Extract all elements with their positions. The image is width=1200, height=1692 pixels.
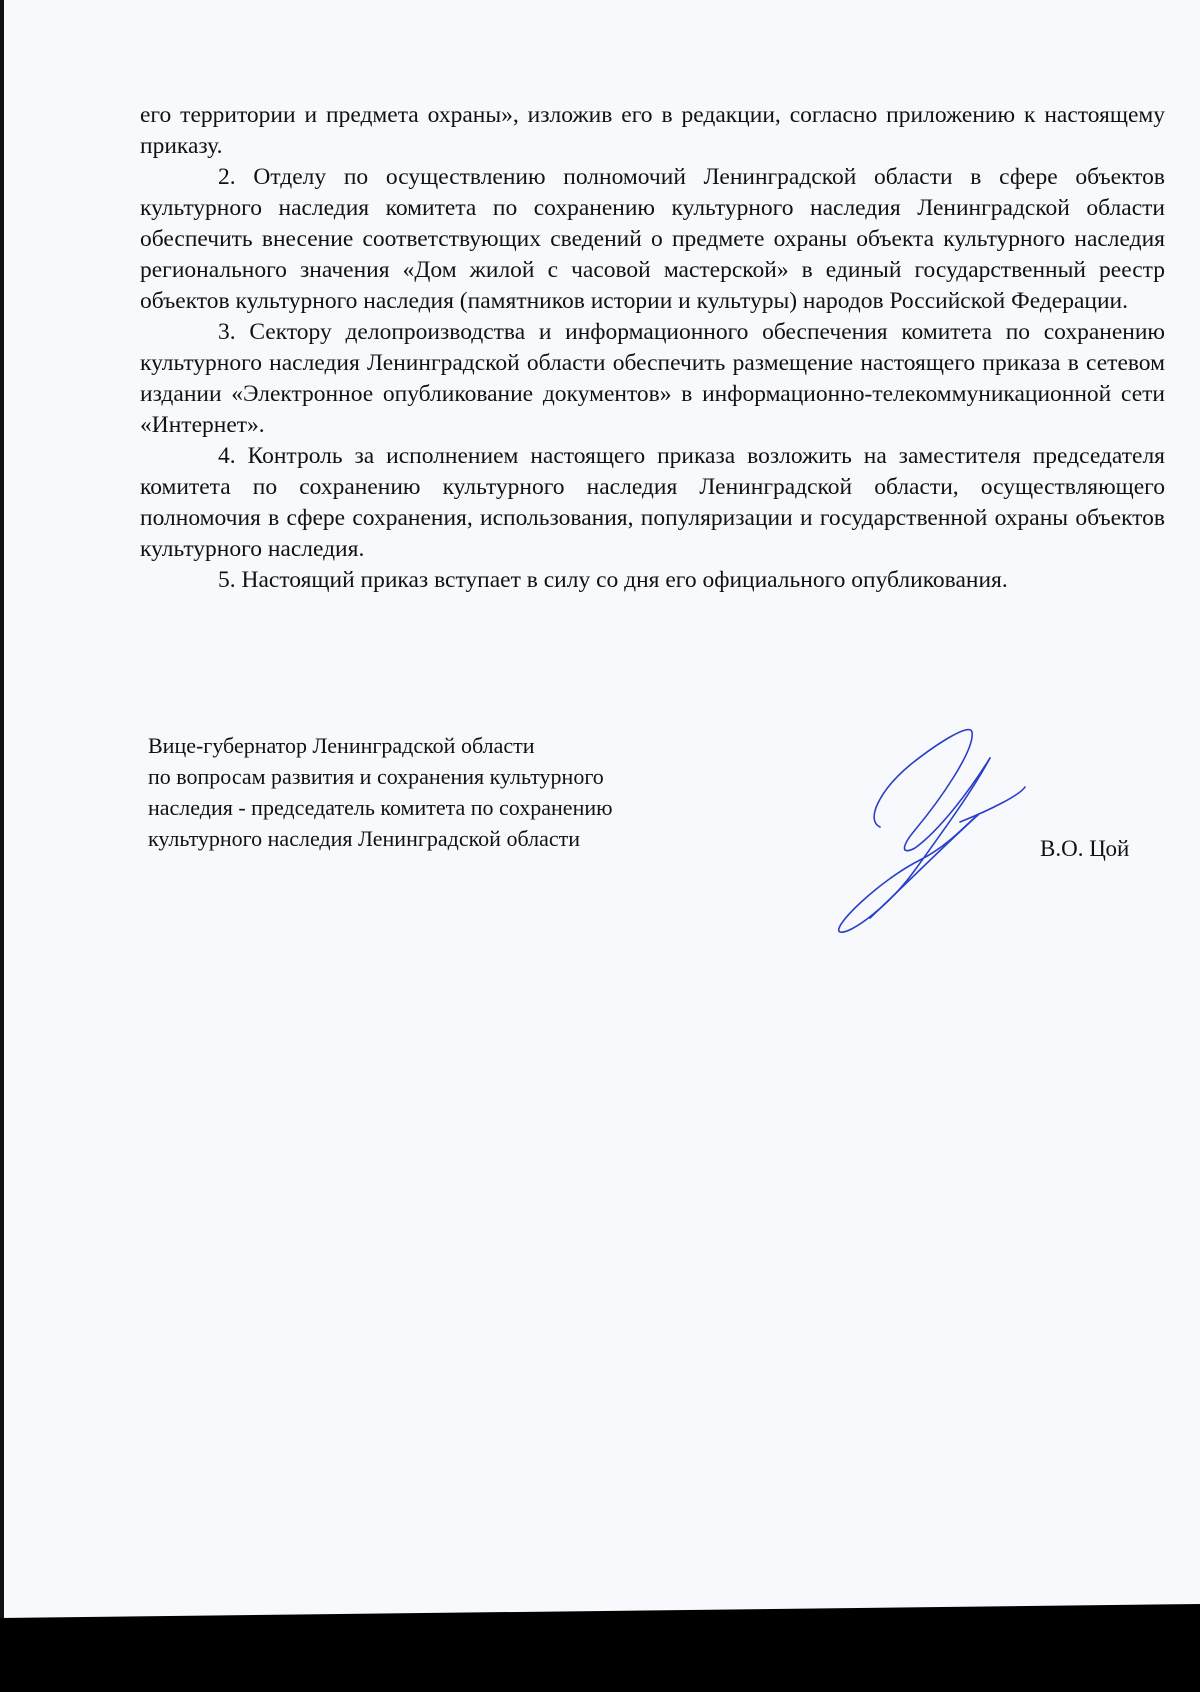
signatory-title-line: по вопросам развития и сохранения культу… <box>148 761 613 792</box>
paragraph-1: его территории и предмета охраны», излож… <box>140 100 1165 162</box>
paragraph-4: 4. Контроль за исполнением настоящего пр… <box>140 441 1165 565</box>
paragraph-3: 3. Сектору делопроизводства и информацио… <box>140 317 1165 441</box>
signatory-title-line: Вице-губернатор Ленинградской области <box>148 730 613 761</box>
scan-edge <box>0 0 4 1640</box>
signatory-title-line: наследия - председатель комитета по сохр… <box>148 792 613 823</box>
paragraph-2: 2. Отделу по осуществлению полномочий Ле… <box>140 162 1165 317</box>
document-page: его территории и предмета охраны», излож… <box>0 0 1200 1692</box>
handwritten-signature-icon <box>820 710 1180 950</box>
signatory-title-line: культурного наследия Ленинградской облас… <box>148 823 613 854</box>
signer-name: В.О. Цой <box>1040 836 1129 862</box>
scan-border-bottom <box>0 1604 1200 1692</box>
signatory-title: Вице-губернатор Ленинградской области по… <box>148 730 613 854</box>
paragraph-5: 5. Настоящий приказ вступает в силу со д… <box>140 565 1165 596</box>
document-body: его территории и предмета охраны», излож… <box>140 100 1165 596</box>
